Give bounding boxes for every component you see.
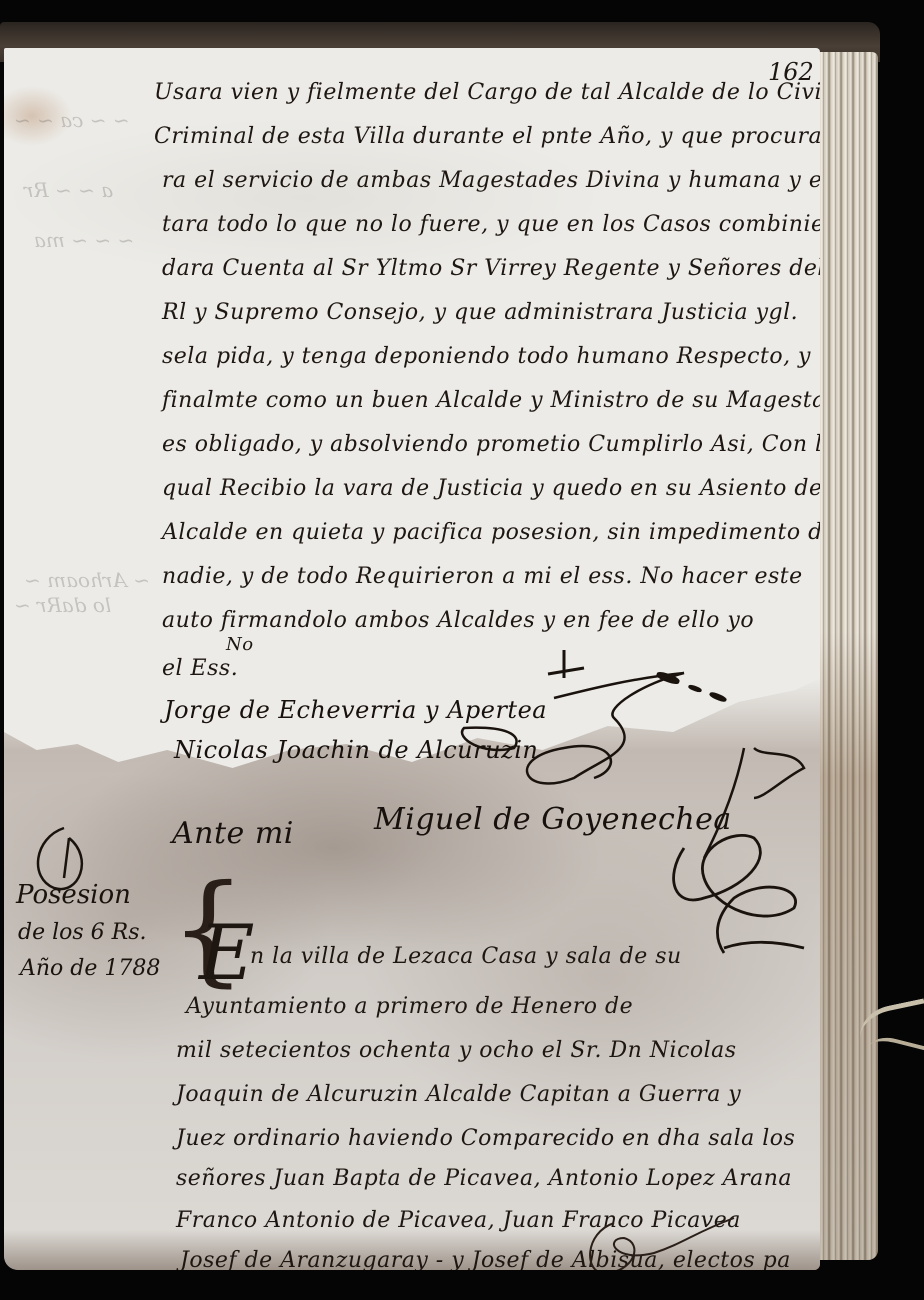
page-stack-edge: [812, 52, 878, 1260]
text-line: es obligado, y absolviendo prometio Cump…: [162, 432, 820, 457]
margin-note-title: Posesion: [16, 880, 131, 910]
margin-note-subject: de los 6 Rs.: [18, 920, 147, 945]
text-line: Rl y Supremo Consejo, y que administrara…: [162, 300, 798, 325]
text-line: auto firmandolo ambos Alcaldes y en fee …: [162, 608, 754, 633]
text-line: señores Juan Bapta de Picavea, Antonio L…: [176, 1166, 792, 1191]
text-line: Criminal de esta Villa durante el pnte A…: [154, 124, 820, 149]
text-line: ra el servicio de ambas Magestades Divin…: [162, 168, 820, 193]
bleed-through-text: ~ ~ ~ ma: [34, 228, 134, 252]
text-line: sela pida, y tenga deponiendo todo human…: [162, 344, 820, 369]
bleed-through-text: lo daRr ~: [14, 593, 111, 617]
text-line: nadie, y de todo Requirieron a mi el ess…: [162, 564, 803, 589]
text-line: qual Recibio la vara de Justicia y quedo…: [162, 476, 820, 501]
notary-rubric-icon: [644, 738, 814, 958]
text-line: mil setecientos ochenta y ocho el Sr. Dn…: [176, 1038, 737, 1063]
text-line: Juez ordinario haviendo Comparecido en d…: [176, 1126, 795, 1151]
text-line: Alcalde en quieta y pacifica posesion, s…: [162, 520, 820, 545]
text-line: dara Cuenta al Sr Yltmo Sr Virrey Regent…: [162, 256, 820, 281]
decorated-initial: E: [199, 908, 254, 997]
bleed-through-text: a ~ ~ Rr: [24, 178, 113, 202]
manuscript-page: ~ ~ ca ~ ~ a ~ ~ Rr ~ ~ ~ ma ~ Arhoam ~ …: [4, 48, 820, 1270]
text-line: Usara vien y fielmente del Cargo de tal …: [154, 80, 820, 105]
text-line: Joaquin de Alcuruzin Alcalde Capitan a G…: [176, 1082, 741, 1107]
text-line: Ayuntamiento a primero de Henero de: [186, 994, 633, 1019]
bleed-through-text: ~ ~ ca ~ ~: [14, 108, 130, 132]
margin-note-year: Año de 1788: [20, 956, 160, 981]
closing-rubric-icon: [574, 1213, 754, 1270]
text-line: tara todo lo que no lo fuere, y que en l…: [162, 212, 820, 237]
text-line: n la villa de Lezaca Casa y sala de su: [250, 944, 682, 969]
heading-ante-mi: Ante mi: [172, 816, 294, 851]
text-line: el Ess.: [162, 656, 238, 681]
insertion-mark: No: [226, 634, 254, 655]
bleed-through-text: ~ Arhoam ~: [24, 568, 150, 592]
text-line: finalmte como un buen Alcalde y Ministro…: [162, 388, 820, 413]
